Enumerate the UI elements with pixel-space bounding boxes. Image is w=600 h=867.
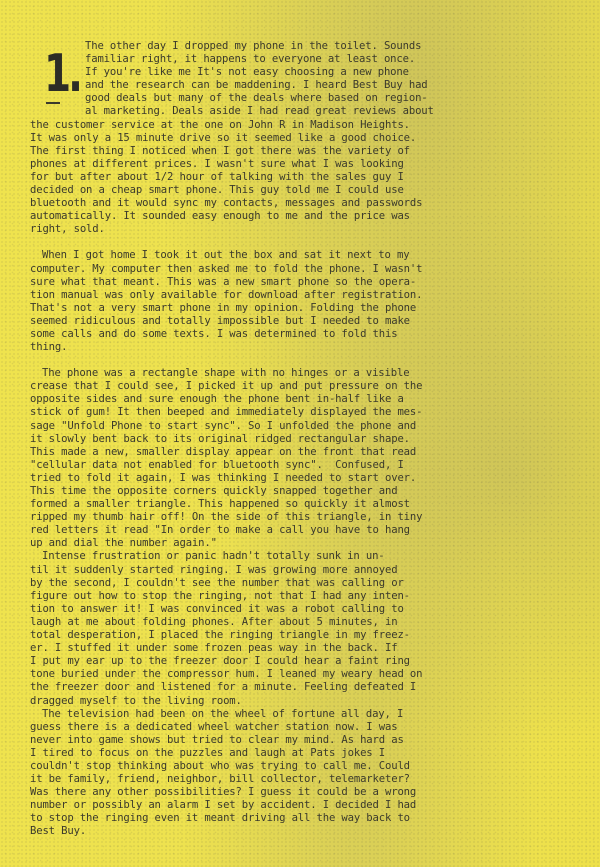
text-line: up and dial the number again." — [30, 537, 550, 550]
text-line: and the research can be maddening. I hea… — [30, 79, 550, 92]
text-line: automatically. It sounded easy enough to… — [30, 210, 550, 223]
text-line: til it suddenly started ringing. I was g… — [30, 564, 550, 577]
text-line: figure out how to stop the ringing, not … — [30, 590, 550, 603]
text-line: computer. My computer then asked me to f… — [30, 263, 550, 276]
text-line: I put my ear up to the freezer door I co… — [30, 655, 550, 668]
text-line: tone buried under the compressor hum. I … — [30, 668, 550, 681]
text-line: the customer service at the one on John … — [30, 119, 550, 132]
text-line: If you're like me It's not easy choosing… — [30, 66, 550, 79]
paragraph: The other day I dropped my phone in the … — [30, 40, 550, 236]
paragraph: The phone was a rectangle shape with no … — [30, 367, 550, 838]
text-line: That's not a very smart phone in my opin… — [30, 302, 550, 315]
text-line: er. I stuffed it under some frozen peas … — [30, 642, 550, 655]
text-line: opposite sides and sure enough the phone… — [30, 393, 550, 406]
text-line: The television had been on the wheel of … — [30, 708, 550, 721]
text-line: laugh at me about folding phones. After … — [30, 616, 550, 629]
text-line: The phone was a rectangle shape with no … — [30, 367, 550, 380]
text-line: couldn't stop thinking about who was try… — [30, 760, 550, 773]
text-line: It was only a 15 minute drive so it seem… — [30, 132, 550, 145]
text-line: thing. — [30, 341, 550, 354]
text-line: "cellular data not enabled for bluetooth… — [30, 459, 550, 472]
text-line: ripped my thumb hair off! On the side of… — [30, 511, 550, 524]
text-line: bluetooth and it would sync my contacts,… — [30, 197, 550, 210]
text-line: Was there any other possibilities? I gue… — [30, 786, 550, 799]
text-line: total desperation, I placed the ringing … — [30, 629, 550, 642]
text-line: for but after about 1/2 hour of talking … — [30, 171, 550, 184]
text-line: number or possibly an alarm I set by acc… — [30, 799, 550, 812]
text-line: This time the opposite corners quickly s… — [30, 485, 550, 498]
text-line: When I got home I took it out the box an… — [30, 249, 550, 262]
text-line: al marketing. Deals aside I had read gre… — [30, 105, 550, 118]
text-line: tion to answer it! I was convinced it wa… — [30, 603, 550, 616]
text-line: the freezer door and listened for a minu… — [30, 681, 550, 694]
text-line: sage "Unfold Phone to start sync". So I … — [30, 420, 550, 433]
text-line: good deals but many of the deals where b… — [30, 92, 550, 105]
text-line: Intense frustration or panic hadn't tota… — [30, 550, 550, 563]
text-line: seemed ridiculous and totally impossible… — [30, 315, 550, 328]
text-line: some calls and do some texts. I was dete… — [30, 328, 550, 341]
text-line: guess there is a dedicated wheel watcher… — [30, 721, 550, 734]
text-line: decided on a cheap smart phone. This guy… — [30, 184, 550, 197]
text-line: The first thing I noticed when I got the… — [30, 145, 550, 158]
text-line: stick of gum! It then beeped and immedia… — [30, 406, 550, 419]
text-line: Best Buy. — [30, 825, 550, 838]
paragraph: When I got home I took it out the box an… — [30, 249, 550, 354]
text-line: never into game shows but tried to clear… — [30, 734, 550, 747]
text-line: red letters it read "In order to make a … — [30, 524, 550, 537]
text-line: The other day I dropped my phone in the … — [30, 40, 550, 53]
text-line: tion manual was only available for downl… — [30, 289, 550, 302]
text-line: sure what that meant. This was a new sma… — [30, 276, 550, 289]
text-line: tried to fold it again, I was thinking I… — [30, 472, 550, 485]
text-line: familiar right, it happens to everyone a… — [30, 53, 550, 66]
article-body: The other day I dropped my phone in the … — [30, 40, 550, 839]
paragraph-gap — [30, 354, 550, 367]
text-line: formed a smaller triangle. This happened… — [30, 498, 550, 511]
text-line: it slowly bent back to its original ridg… — [30, 433, 550, 446]
text-line: crease that I could see, I picked it up … — [30, 380, 550, 393]
text-line: dragged myself to the living room. — [30, 695, 550, 708]
text-line: it be family, friend, neighbor, bill col… — [30, 773, 550, 786]
text-line: right, sold. — [30, 223, 550, 236]
text-line: I tired to focus on the puzzles and laug… — [30, 747, 550, 760]
paragraph-gap — [30, 236, 550, 249]
text-line: by the second, I couldn't see the number… — [30, 577, 550, 590]
text-line: This made a new, smaller display appear … — [30, 446, 550, 459]
text-line: to stop the ringing even it meant drivin… — [30, 812, 550, 825]
text-line: phones at different prices. I wasn't sur… — [30, 158, 550, 171]
